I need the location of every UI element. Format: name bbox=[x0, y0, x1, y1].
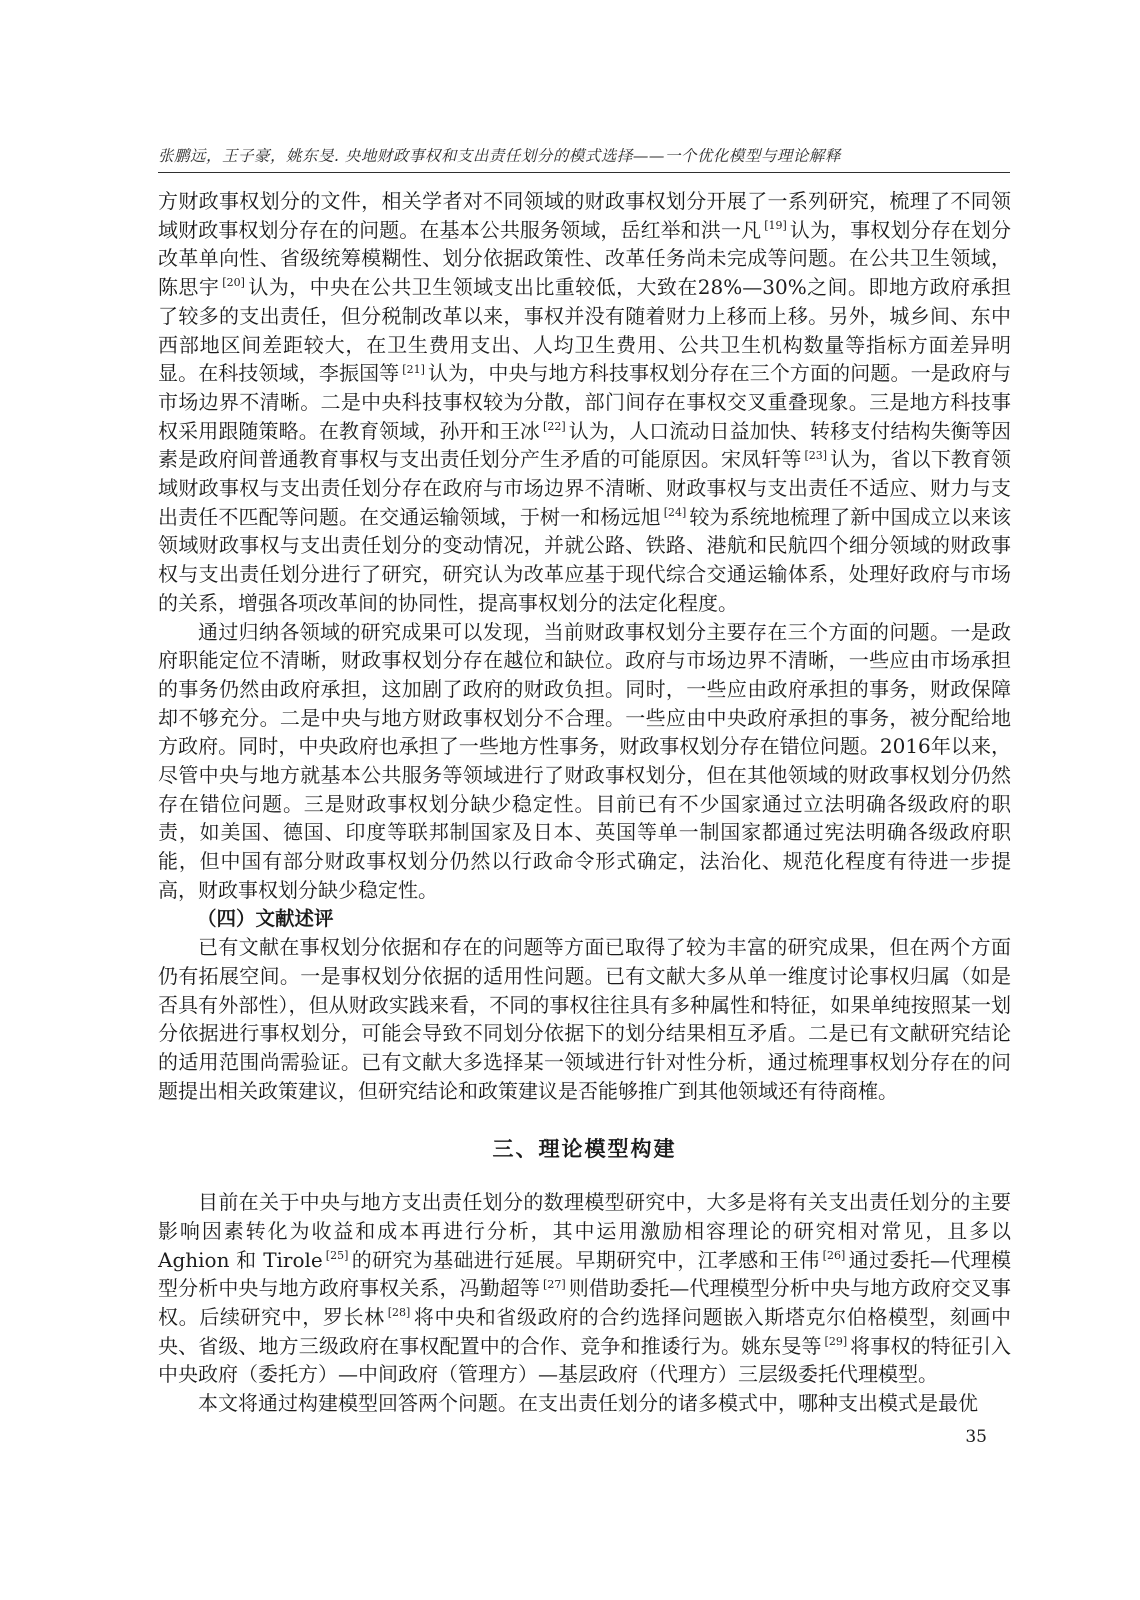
citation-ref: [28] bbox=[385, 1306, 414, 1319]
paragraph: 通过归纳各领域的研究成果可以发现，当前财政事权划分主要存在三个方面的问题。一是政… bbox=[158, 618, 1011, 905]
page: 张鹏远，王子豪，姚东旻. 央地财政事权和支出责任划分的模式选择——一个优化模型与… bbox=[0, 0, 1140, 1600]
section-heading: 三、理论模型构建 bbox=[158, 1135, 1011, 1164]
citation-ref: [25] bbox=[323, 1249, 352, 1262]
subsection-heading: （四）文献述评 bbox=[158, 905, 1011, 934]
citation-ref: [29] bbox=[822, 1335, 851, 1348]
page-number: 35 bbox=[965, 1427, 987, 1447]
citation-ref: [27] bbox=[540, 1278, 569, 1291]
citation-ref: [26] bbox=[820, 1249, 849, 1262]
citation-ref: [24] bbox=[661, 506, 690, 519]
citation-ref: [20] bbox=[219, 276, 248, 289]
citation-ref: [21] bbox=[399, 363, 428, 376]
paragraph: 方财政事权划分的文件，相关学者对不同领域的财政事权划分开展了一系列研究，梳理了不… bbox=[158, 187, 1011, 618]
citation-ref: [22] bbox=[540, 420, 569, 433]
running-head: 张鹏远，王子豪，姚东旻. 央地财政事权和支出责任划分的模式选择——一个优化模型与… bbox=[158, 144, 1010, 166]
header-rule bbox=[158, 172, 1010, 173]
article-body: 方财政事权划分的文件，相关学者对不同领域的财政事权划分开展了一系列研究，梳理了不… bbox=[158, 187, 1011, 1418]
paragraph: 已有文献在事权划分依据和存在的问题等方面已取得了较为丰富的研究成果，但在两个方面… bbox=[158, 933, 1011, 1105]
citation-ref: [23] bbox=[801, 449, 830, 462]
citation-ref: [19] bbox=[761, 219, 790, 232]
paragraph: 目前在关于中央与地方支出责任划分的数理模型研究中，大多是将有关支出责任划分的主要… bbox=[158, 1188, 1011, 1389]
paragraph: 本文将通过构建模型回答两个问题。在支出责任划分的诸多模式中，哪种支出模式是最优 bbox=[158, 1389, 1011, 1418]
